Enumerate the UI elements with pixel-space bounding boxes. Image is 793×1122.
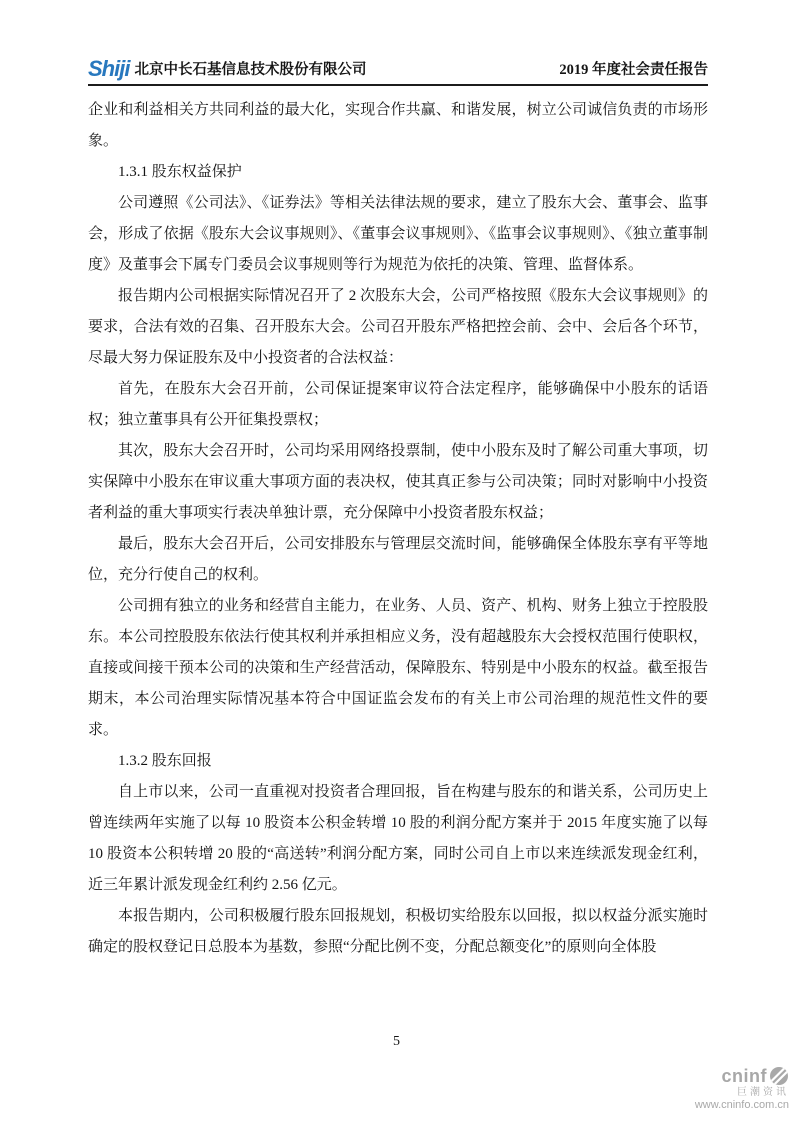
cninfo-chinese-name: 巨潮资讯 <box>695 1087 789 1098</box>
cninfo-swirl-icon <box>769 1066 789 1086</box>
cninfo-brand-text: cninf <box>722 1066 768 1086</box>
paragraph: 自上市以来，公司一直重视对投资者合理回报，旨在构建与股东的和谐关系，公司历史上曾… <box>88 777 708 901</box>
document-body: 企业和利益相关方共同利益的最大化，实现合作共赢、和谐发展，树立公司诚信负责的市场… <box>88 95 708 963</box>
cninfo-url: www.cninfo.com.cn <box>695 1099 789 1111</box>
paragraph: 公司遵照《公司法》、《证券法》等相关法律法规的要求，建立了股东大会、董事会、监事… <box>88 188 708 281</box>
header-left: Shiji 北京中长石基信息技术股份有限公司 <box>88 59 366 79</box>
paragraph: 其次，股东大会召开时，公司均采用网络投票制，使中小股东及时了解公司重大事项，切实… <box>88 436 708 529</box>
paragraph: 本报告期内，公司积极履行股东回报规划，积极切实给股东以回报，拟以权益分派实施时确… <box>88 901 708 963</box>
header-right: 2019 年度社会责任报告 <box>559 61 708 79</box>
report-title: 2019 年度社会责任报告 <box>559 62 708 78</box>
page-number: 5 <box>0 1034 793 1050</box>
section-heading: 1.3.2 股东回报 <box>88 746 708 777</box>
paragraph: 公司拥有独立的业务和经营自主能力，在业务、人员、资产、机构、财务上独立于控股股东… <box>88 591 708 746</box>
paragraph: 报告期内公司根据实际情况召开了 2 次股东大会，公司严格按照《股东大会议事规则》… <box>88 281 708 374</box>
paragraph: 企业和利益相关方共同利益的最大化，实现合作共赢、和谐发展，树立公司诚信负责的市场… <box>88 95 708 157</box>
shiji-logo: Shiji <box>88 59 129 79</box>
cninfo-brand-row: cninf <box>695 1066 789 1086</box>
document-page: Shiji 北京中长石基信息技术股份有限公司 2019 年度社会责任报告 企业和… <box>0 0 793 1122</box>
section-heading: 1.3.1 股东权益保护 <box>88 157 708 188</box>
page-header: Shiji 北京中长石基信息技术股份有限公司 2019 年度社会责任报告 <box>88 44 708 86</box>
paragraph: 最后，股东大会召开后，公司安排股东与管理层交流时间，能够确保全体股东享有平等地位… <box>88 529 708 591</box>
paragraph: 首先，在股东大会召开前，公司保证提案审议符合法定程序，能够确保中小股东的话语权；… <box>88 374 708 436</box>
company-name: 北京中长石基信息技术股份有限公司 <box>134 62 366 79</box>
cninfo-watermark: cninf 巨潮资讯 www.cninfo.com.cn <box>695 1066 789 1112</box>
